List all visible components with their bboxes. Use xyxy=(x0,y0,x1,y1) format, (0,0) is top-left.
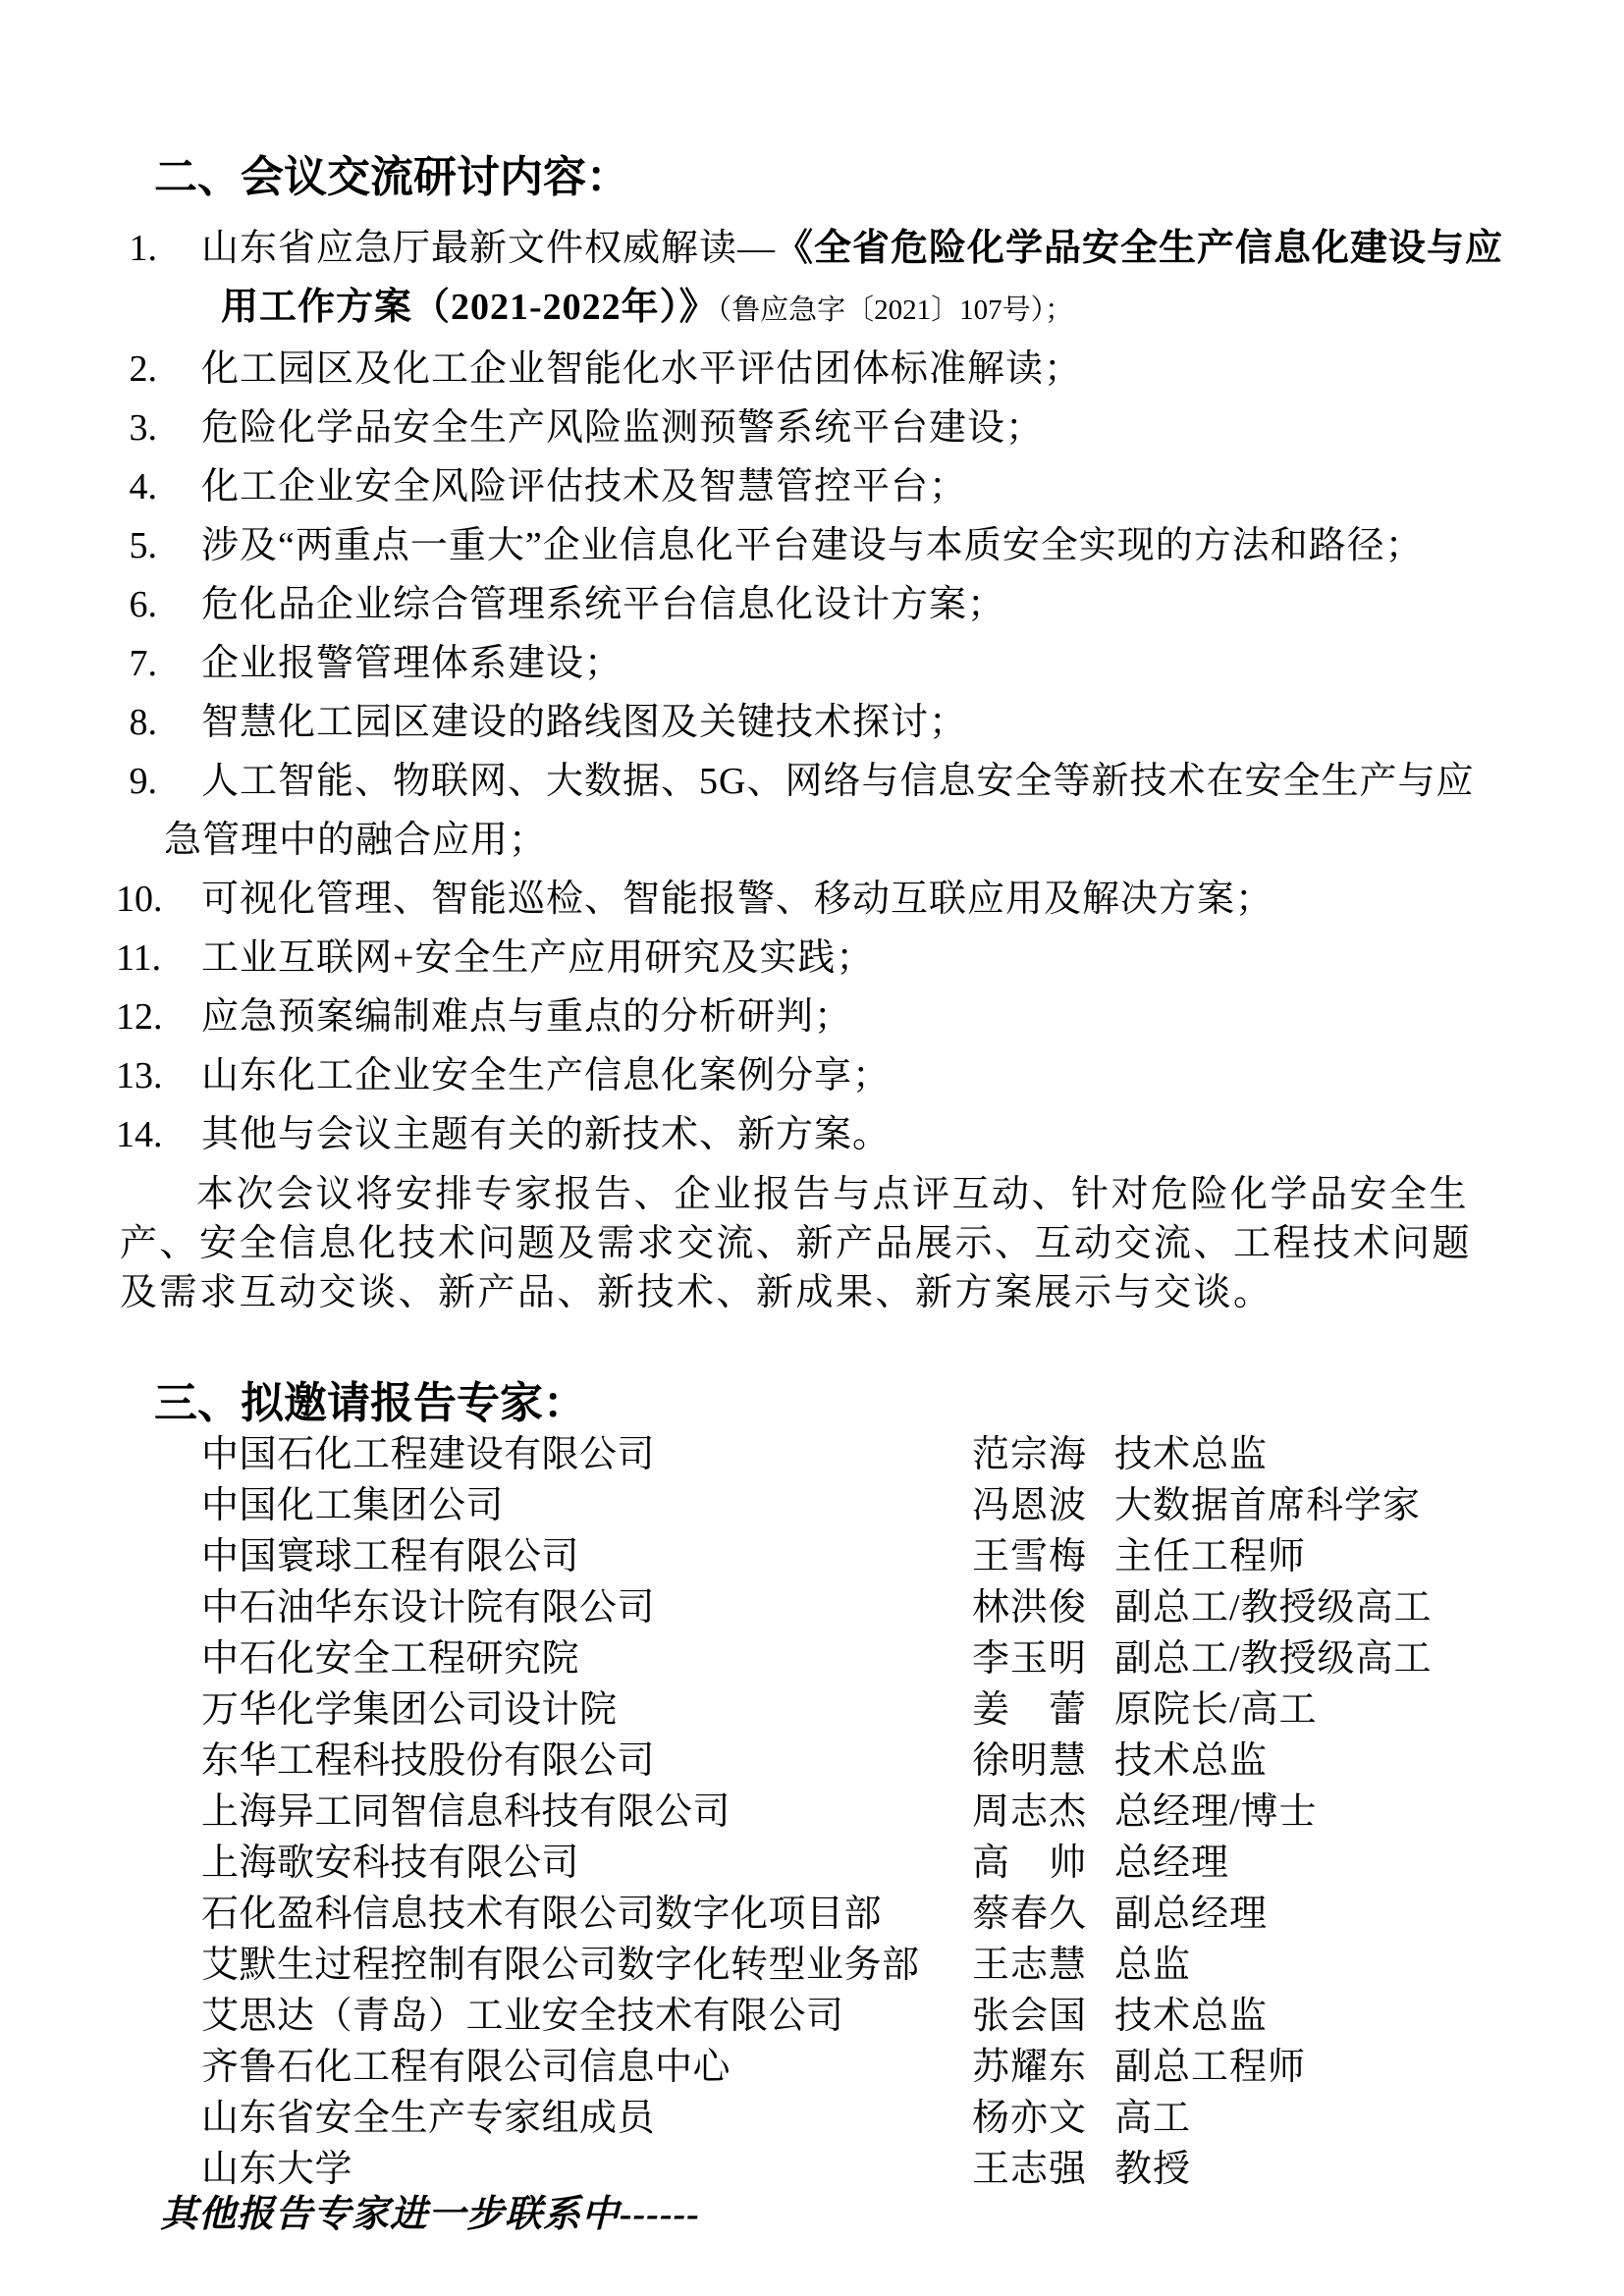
expert-title: 教授 xyxy=(1114,2149,1191,2190)
list-item-12: 12.应急预案编制难点与重点的分析研判； xyxy=(120,988,1565,1046)
expert-title: 高工 xyxy=(1114,2098,1191,2139)
closing-paragraph: 本次会议将安排专家报告、企业报告与点评互动、针对危险化学品安全生 产、安全信息化… xyxy=(120,1170,1565,1317)
expert-name: 冯恩波 xyxy=(972,1480,1114,1531)
list-item-13: 13.山东化工企业安全生产信息化案例分享； xyxy=(120,1046,1565,1105)
item-9-number: 9. xyxy=(116,752,201,811)
item-11-number: 11. xyxy=(116,929,201,988)
item-4-text: 化工企业安全风险评估技术及智慧管控平台； xyxy=(201,466,967,507)
expert-row: 中国寰球工程有限公司王雪梅主任工程师 xyxy=(120,1531,1565,1582)
item-11-text: 工业互联网+安全生产应用研究及实践； xyxy=(201,937,874,979)
expert-row: 上海歌安科技有限公司高 帅总经理 xyxy=(120,1838,1565,1889)
expert-row: 中石化安全工程研究院李玉明副总工/教授级高工 xyxy=(120,1633,1565,1684)
list-item-3: 3.危险化学品安全生产风险监测预警系统平台建设； xyxy=(120,399,1565,457)
item-13-text: 山东化工企业安全生产信息化案例分享； xyxy=(201,1055,891,1096)
expert-org: 上海歌安科技有限公司 xyxy=(201,1838,972,1889)
expert-row: 艾思达（青岛）工业安全技术有限公司张会国技术总监 xyxy=(120,1991,1565,2042)
item-2-text: 化工园区及化工企业智能化水平评估团体标准解读； xyxy=(201,348,1082,390)
item-10-number: 10. xyxy=(116,870,201,929)
expert-name: 周志杰 xyxy=(972,1787,1114,1838)
expert-title: 技术总监 xyxy=(1114,1434,1268,1475)
expert-title: 原院长/高工 xyxy=(1114,1689,1318,1731)
expert-title: 主任工程师 xyxy=(1114,1536,1306,1577)
expert-name: 王志慧 xyxy=(972,1940,1114,1991)
list-item-4: 4.化工企业安全风险评估技术及智慧管控平台； xyxy=(120,457,1565,516)
item-10-text: 可视化管理、智能巡检、智能报警、移动互联应用及解决方案； xyxy=(201,879,1273,920)
item-6-text: 危化品企业综合管理系统平台信息化设计方案； xyxy=(201,584,1005,625)
expert-title: 副总经理 xyxy=(1114,1894,1268,1935)
expert-name: 王雪梅 xyxy=(972,1531,1114,1582)
expert-org: 中国石化工程建设有限公司 xyxy=(201,1429,972,1480)
list-item-7: 7.企业报警管理体系建设； xyxy=(120,634,1565,693)
item-14-number: 14. xyxy=(116,1105,201,1164)
expert-table: 中国石化工程建设有限公司范宗海技术总监 中国化工集团公司冯恩波大数据首席科学家 … xyxy=(120,1429,1565,2195)
list-item-6: 6.危化品企业综合管理系统平台信息化设计方案； xyxy=(120,575,1565,634)
expert-org: 中石化安全工程研究院 xyxy=(201,1633,972,1684)
expert-title: 技术总监 xyxy=(1114,1740,1268,1782)
list-item-5: 5.涉及“两重点一重大”企业信息化平台建设与本质安全实现的方法和路径； xyxy=(120,516,1565,575)
item-1-lead-text: 山东省应急厅最新文件权威解读— xyxy=(201,228,776,269)
expert-org: 山东大学 xyxy=(201,2144,972,2195)
expert-name: 林洪俊 xyxy=(972,1582,1114,1633)
expert-row: 中国石化工程建设有限公司范宗海技术总监 xyxy=(120,1429,1565,1480)
item-12-number: 12. xyxy=(116,988,201,1046)
expert-row: 上海异工同智信息科技有限公司周志杰总经理/博士 xyxy=(120,1787,1565,1838)
expert-row: 石化盈科信息技术有限公司数字化项目部蔡春久副总经理 xyxy=(120,1889,1565,1940)
expert-title: 总经理/博士 xyxy=(1114,1791,1318,1833)
item-1-document-title-part1: 《全省危险化学品安全生产信息化建设与应 xyxy=(776,228,1503,269)
item-7-number: 7. xyxy=(116,634,201,693)
item-9-text-line1: 人工智能、物联网、大数据、5G、网络与信息安全等新技术在安全生产与应 xyxy=(201,761,1474,802)
closing-paragraph-line2: 产、安全信息化技术问题及需求交流、新产品展示、互动交流、工程技术问题 xyxy=(120,1219,1565,1268)
expert-title: 副总工/教授级高工 xyxy=(1114,1587,1433,1629)
item-1-doc-number-note: （鲁应急字〔2021〕107号）； xyxy=(718,294,1074,326)
document-page: 二、会议交流研讨内容： 1.山东省应急厅最新文件权威解读—《全省危险化学品安全生… xyxy=(0,0,1624,2296)
expert-row: 万华化学集团公司设计院姜 蕾原院长/高工 xyxy=(120,1684,1565,1735)
list-item-9-line2: 急管理中的融合应用； xyxy=(164,811,1565,870)
expert-name: 高 帅 xyxy=(972,1838,1114,1889)
expert-title: 副总工程师 xyxy=(1114,2047,1306,2088)
expert-row: 中石油华东设计院有限公司林洪俊副总工/教授级高工 xyxy=(120,1582,1565,1633)
expert-org: 中石油华东设计院有限公司 xyxy=(201,1582,972,1633)
expert-org: 石化盈科信息技术有限公司数字化项目部 xyxy=(201,1889,972,1940)
expert-org: 万华化学集团公司设计院 xyxy=(201,1684,972,1735)
list-item-9-line1: 9.人工智能、物联网、大数据、5G、网络与信息安全等新技术在安全生产与应 xyxy=(120,752,1565,811)
expert-name: 徐明慧 xyxy=(972,1735,1114,1787)
item-8-number: 8. xyxy=(116,693,201,752)
expert-org: 上海异工同智信息科技有限公司 xyxy=(201,1787,972,1838)
closing-paragraph-line3: 及需求互动交谈、新产品、新技术、新成果、新方案展示与交谈。 xyxy=(120,1268,1565,1317)
expert-org: 齐鲁石化工程有限公司信息中心 xyxy=(201,2042,972,2093)
list-item-14: 14.其他与会议主题有关的新技术、新方案。 xyxy=(120,1105,1565,1164)
expert-title: 技术总监 xyxy=(1114,1996,1268,2037)
closing-paragraph-line1: 本次会议将安排专家报告、企业报告与点评互动、针对危险化学品安全生 xyxy=(120,1170,1565,1219)
experts-footnote: 其他报告专家进一步联系中------ xyxy=(160,2189,1565,2240)
expert-title: 总经理 xyxy=(1114,1842,1229,1884)
item-9-text-line2: 急管理中的融合应用； xyxy=(164,820,547,861)
item-14-text: 其他与会议主题有关的新技术、新方案。 xyxy=(201,1114,891,1155)
expert-row: 中国化工集团公司冯恩波大数据首席科学家 xyxy=(120,1480,1565,1531)
expert-name: 张会国 xyxy=(972,1991,1114,2042)
list-item-1-line2: 用工作方案（2021-2022年）》（鲁应急字〔2021〕107号）； xyxy=(221,278,1565,340)
expert-org: 山东省安全生产专家组成员 xyxy=(201,2093,972,2144)
expert-org: 艾默生过程控制有限公司数字化转型业务部 xyxy=(201,1940,972,1991)
item-8-text: 智慧化工园区建设的路线图及关键技术探讨； xyxy=(201,702,967,743)
expert-title: 大数据首席科学家 xyxy=(1114,1485,1421,1526)
item-4-number: 4. xyxy=(116,457,201,516)
item-1-number: 1. xyxy=(116,219,201,278)
expert-name: 杨亦文 xyxy=(972,2093,1114,2144)
expert-name: 姜 蕾 xyxy=(972,1684,1114,1735)
expert-row: 山东省安全生产专家组成员杨亦文高工 xyxy=(120,2093,1565,2144)
item-5-text: 涉及“两重点一重大”企业信息化平台建设与本质安全实现的方法和路径； xyxy=(201,525,1424,566)
item-2-number: 2. xyxy=(116,340,201,399)
item-3-text: 危险化学品安全生产风险监测预警系统平台建设； xyxy=(201,407,1044,449)
expert-title: 副总工/教授级高工 xyxy=(1114,1638,1433,1680)
expert-row: 东华工程科技股份有限公司徐明慧技术总监 xyxy=(120,1735,1565,1787)
expert-row: 齐鲁石化工程有限公司信息中心苏耀东副总工程师 xyxy=(120,2042,1565,2093)
section3-heading: 三、拟邀请报告专家： xyxy=(154,1378,1565,1429)
section2-list: 1.山东省应急厅最新文件权威解读—《全省危险化学品安全生产信息化建设与应 用工作… xyxy=(120,219,1565,1164)
expert-name: 苏耀东 xyxy=(972,2042,1114,2093)
expert-name: 李玉明 xyxy=(972,1633,1114,1684)
expert-org: 中国化工集团公司 xyxy=(201,1480,972,1531)
expert-name: 范宗海 xyxy=(972,1429,1114,1480)
list-item-1-line1: 1.山东省应急厅最新文件权威解读—《全省危险化学品安全生产信息化建设与应 xyxy=(120,219,1565,278)
item-5-number: 5. xyxy=(116,516,201,575)
expert-name: 蔡春久 xyxy=(972,1889,1114,1940)
list-item-10: 10.可视化管理、智能巡检、智能报警、移动互联应用及解决方案； xyxy=(120,870,1565,929)
expert-row: 艾默生过程控制有限公司数字化转型业务部王志慧总监 xyxy=(120,1940,1565,1991)
list-item-11: 11.工业互联网+安全生产应用研究及实践； xyxy=(120,929,1565,988)
list-item-2: 2.化工园区及化工企业智能化水平评估团体标准解读； xyxy=(120,340,1565,399)
expert-row: 山东大学王志强教授 xyxy=(120,2144,1565,2195)
item-6-number: 6. xyxy=(116,575,201,634)
section2-heading: 二、会议交流研讨内容： xyxy=(154,152,1565,203)
item-1-document-title-part2: 用工作方案（2021-2022年）》 xyxy=(221,287,718,328)
expert-org: 中国寰球工程有限公司 xyxy=(201,1531,972,1582)
expert-org: 艾思达（青岛）工业安全技术有限公司 xyxy=(201,1991,972,2042)
expert-org: 东华工程科技股份有限公司 xyxy=(201,1735,972,1787)
item-13-number: 13. xyxy=(116,1046,201,1105)
expert-title: 总监 xyxy=(1114,1945,1191,1986)
item-3-number: 3. xyxy=(116,399,201,457)
item-7-text: 企业报警管理体系建设； xyxy=(201,643,623,684)
expert-name: 王志强 xyxy=(972,2144,1114,2195)
item-12-text: 应急预案编制难点与重点的分析研判； xyxy=(201,996,852,1038)
list-item-8: 8.智慧化工园区建设的路线图及关键技术探讨； xyxy=(120,693,1565,752)
